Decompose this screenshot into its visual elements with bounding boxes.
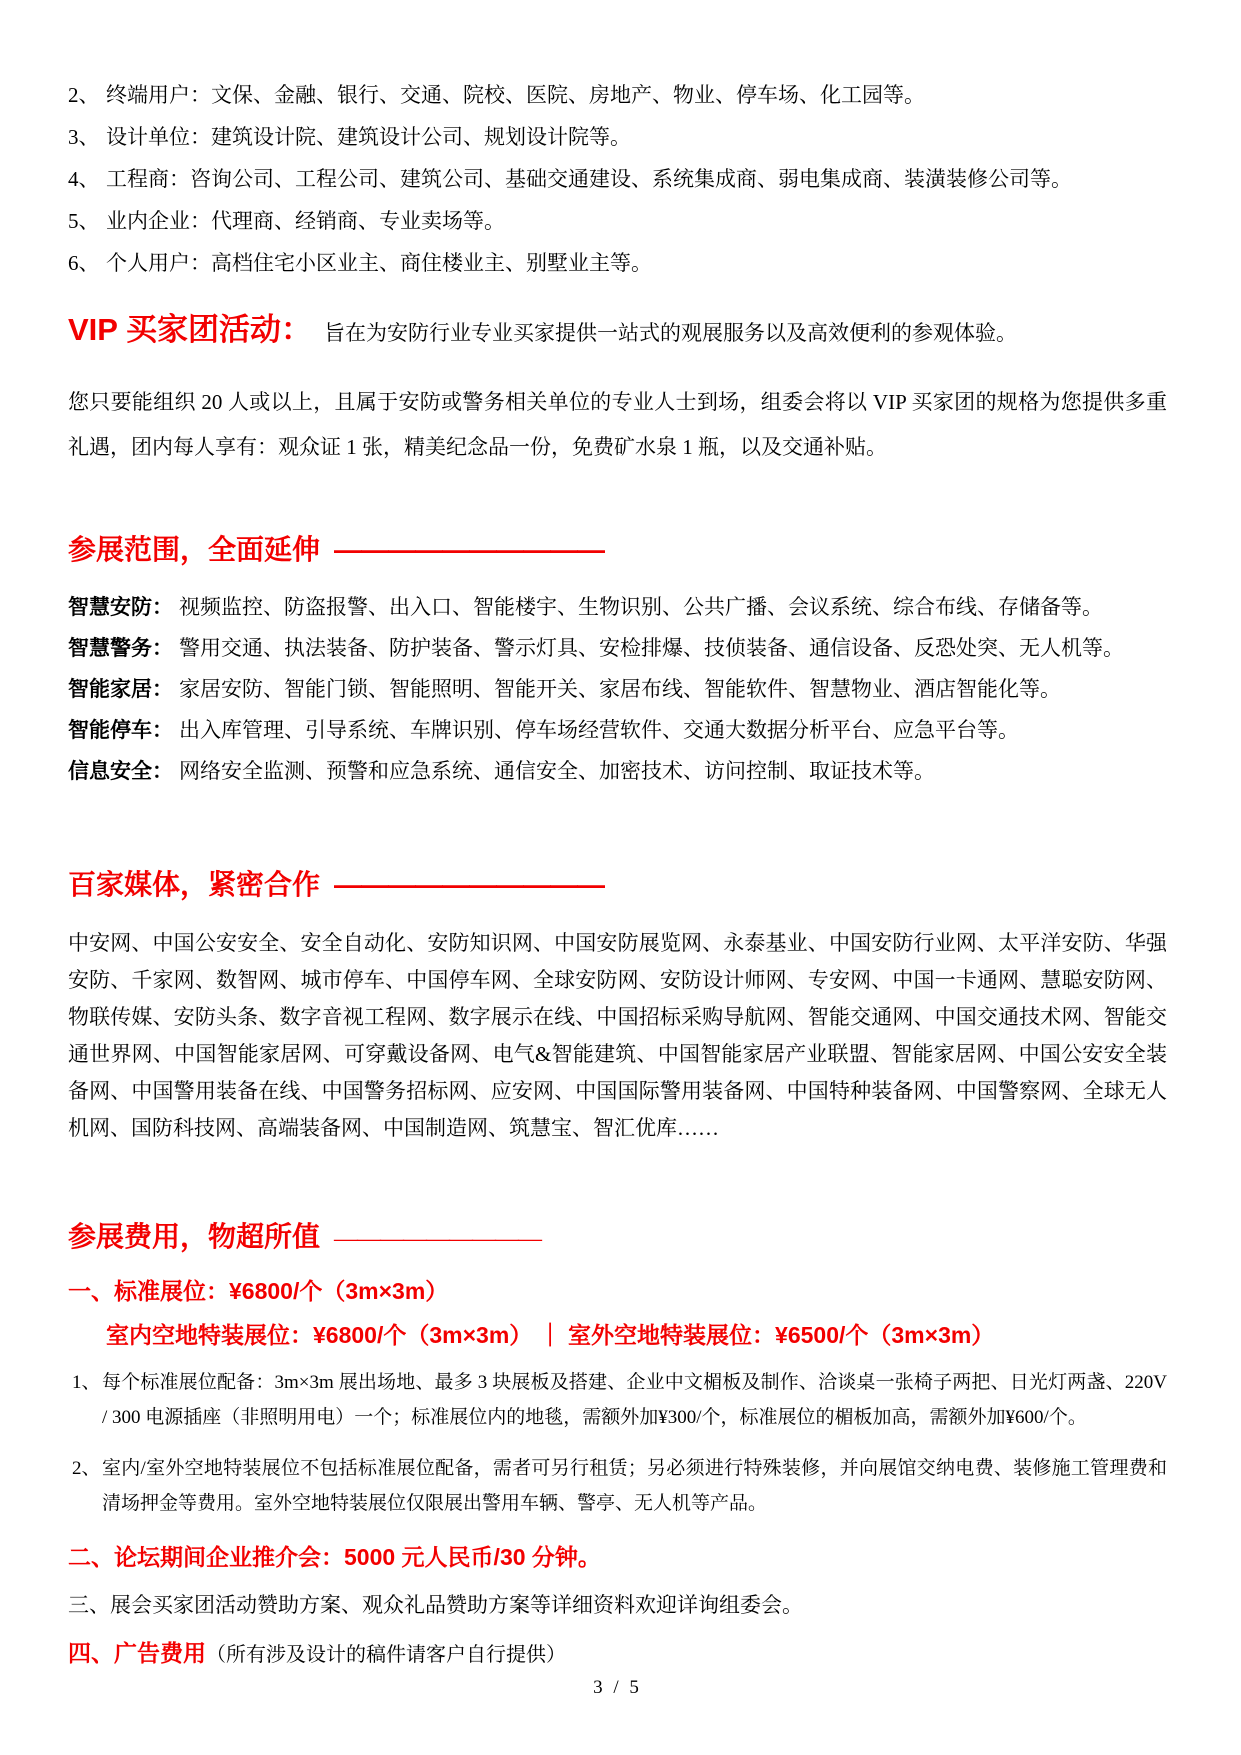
scope-item-text: 网络安全监测、预警和应急系统、通信安全、加密技术、访问控制、取证技术等。 [179,759,935,783]
scope-item: 智慧安防：视频监控、防盗报警、出入口、智能楼宇、生物识别、公共广播、会议系统、综… [68,596,1167,619]
list-item-number: 5、 [68,210,106,232]
scope-list: 智慧安防：视频监控、防盗报警、出入口、智能楼宇、生物识别、公共广播、会议系统、综… [68,596,1167,783]
list-item-text: 终端用户：文保、金融、银行、交通、院校、医院、房地产、物业、停车场、化工园等。 [106,84,1167,106]
heading-dash-line: ————————— [334,1226,541,1252]
scope-item: 信息安全：网络安全监测、预警和应急系统、通信安全、加密技术、访问控制、取证技术等… [68,760,1167,783]
scope-item-label: 智慧警务： [68,637,173,660]
scope-item-label: 信息安全： [68,760,173,783]
list-item: 3、 设计单位：建筑设计院、建筑设计公司、规划设计院等。 [68,126,1167,148]
list-item-text: 个人用户：高档住宅小区业主、商住楼业主、别墅业主等。 [106,252,1167,274]
scope-heading-text: 参展范围，全面延伸 [68,534,320,565]
list-item-text: 设计单位：建筑设计院、建筑设计公司、规划设计院等。 [106,126,1167,148]
media-heading-text: 百家媒体，紧密合作 [68,869,320,900]
fee-advertising-note: （所有涉及设计的稿件请客户自行提供） [206,1644,566,1666]
list-item-text: 业内企业：代理商、经销商、专业卖场等。 [106,210,1167,232]
vip-buyer-group-section: VIP 买家团活动：旨在为安防行业专业买家提供一站式的观展服务以及高效便利的参观… [68,312,1167,470]
vip-body-text: 您只要能组织 20 人或以上，且属于安防或警务相关单位的专业人士到场，组委会将以… [68,380,1167,470]
list-item-text: 工程商：咨询公司、工程公司、建筑公司、基础交通建设、系统集成商、弱电集成商、装潢… [106,168,1167,190]
list-item: 6、 个人用户：高档住宅小区业主、商住楼业主、别墅业主等。 [68,252,1167,274]
fee-standard-booth-title: 一、标准展位：¥6800/个（3m×3m） [68,1277,1167,1305]
list-item-number: 6、 [68,252,106,274]
fees-heading-text: 参展费用，物超所值 [68,1221,320,1252]
list-item-number: 3、 [68,126,106,148]
scope-item-text: 家居安防、智能门锁、智能照明、智能开关、家居布线、智能软件、智慧物业、酒店智能化… [179,677,1061,701]
fee-raw-space-subtitle: 室内空地特装展位：¥6800/个（3m×3m） ｜ 室外空地特装展位：¥6500… [106,1321,1167,1349]
list-item: 2、 终端用户：文保、金融、银行、交通、院校、医院、房地产、物业、停车场、化工园… [68,84,1167,106]
scope-item: 智能停车：出入库管理、引导系统、车牌识别、停车场经营软件、交通大数据分析平台、应… [68,719,1167,742]
fee-advertising-line: 四、广告费用（所有涉及设计的稿件请客户自行提供） [68,1639,1167,1669]
fee-advertising-label: 四、广告费用 [68,1640,206,1666]
media-partners-section: 百家媒体，紧密合作—————————— 中安网、中国公安安全、安全自动化、安防知… [68,869,1167,1147]
fee-note-number: 1、 [68,1365,102,1400]
fee-note-text: 室内/室外空地特装展位不包括标准展位配备，需者可另行租赁；另必须进行特殊装修，并… [102,1451,1167,1521]
fee-sponsorship-line: 三、展会买家团活动赞助方案、观众礼品赞助方案等详细资料欢迎详询组委会。 [68,1593,1167,1617]
exhibit-scope-section: 参展范围，全面延伸—————————— 智慧安防：视频监控、防盗报警、出入口、智… [68,534,1167,783]
list-item: 5、 业内企业：代理商、经销商、专业卖场等。 [68,210,1167,232]
scope-section-heading: 参展范围，全面延伸—————————— [68,534,1167,566]
heading-dash-line: —————————— [334,534,604,565]
audience-list: 2、 终端用户：文保、金融、银行、交通、院校、医院、房地产、物业、停车场、化工园… [68,84,1167,274]
scope-item-text: 警用交通、执法装备、防护装备、警示灯具、安检排爆、技侦装备、通信设备、反恐处突、… [179,636,1124,660]
vip-heading-line: VIP 买家团活动：旨在为安防行业专业买家提供一站式的观展服务以及高效便利的参观… [68,312,1167,354]
list-item-number: 4、 [68,168,106,190]
scope-item-text: 出入库管理、引导系统、车牌识别、停车场经营软件、交通大数据分析平台、应急平台等。 [179,718,1019,742]
vip-section-heading: VIP 买家团活动： [68,312,312,347]
fee-note-number: 2、 [68,1451,102,1486]
fee-note: 1、 每个标准展位配备：3m×3m 展出场地、最多 3 块展板及搭建、企业中文楣… [68,1365,1167,1435]
fee-note-text: 每个标准展位配备：3m×3m 展出场地、最多 3 块展板及搭建、企业中文楣板及制… [102,1365,1167,1435]
list-item: 4、 工程商：咨询公司、工程公司、建筑公司、基础交通建设、系统集成商、弱电集成商… [68,168,1167,190]
fees-section: 参展费用，物超所值————————— 一、标准展位：¥6800/个（3m×3m）… [68,1221,1167,1669]
media-section-heading: 百家媒体，紧密合作—————————— [68,869,1167,901]
scope-item-label: 智慧安防： [68,596,173,619]
fee-forum-promo-title: 二、论坛期间企业推介会：5000 元人民币/30 分钟。 [68,1543,1167,1571]
heading-dash-line: —————————— [334,869,604,900]
scope-item-label: 智能停车： [68,719,173,742]
fees-section-heading: 参展费用，物超所值————————— [68,1221,1167,1255]
fee-notes-list: 1、 每个标准展位配备：3m×3m 展出场地、最多 3 块展板及搭建、企业中文楣… [68,1365,1167,1521]
vip-intro-text: 旨在为安防行业专业买家提供一站式的观展服务以及高效便利的参观体验。 [324,321,1017,345]
scope-item: 智能家居：家居安防、智能门锁、智能照明、智能开关、家居布线、智能软件、智慧物业、… [68,678,1167,701]
scope-item-text: 视频监控、防盗报警、出入口、智能楼宇、生物识别、公共广播、会议系统、综合布线、存… [179,595,1103,619]
fee-note: 2、 室内/室外空地特装展位不包括标准展位配备，需者可另行租赁；另必须进行特殊装… [68,1451,1167,1521]
list-item-number: 2、 [68,84,106,106]
document-page: 2、 终端用户：文保、金融、银行、交通、院校、医院、房地产、物业、停车场、化工园… [0,0,1241,1755]
page-number: 3 / 5 [68,1677,1167,1699]
media-partners-text: 中安网、中国公安安全、安全自动化、安防知识网、中国安防展览网、永泰基业、中国安防… [68,925,1167,1147]
scope-item: 智慧警务：警用交通、执法装备、防护装备、警示灯具、安检排爆、技侦装备、通信设备、… [68,637,1167,660]
scope-item-label: 智能家居： [68,678,173,701]
